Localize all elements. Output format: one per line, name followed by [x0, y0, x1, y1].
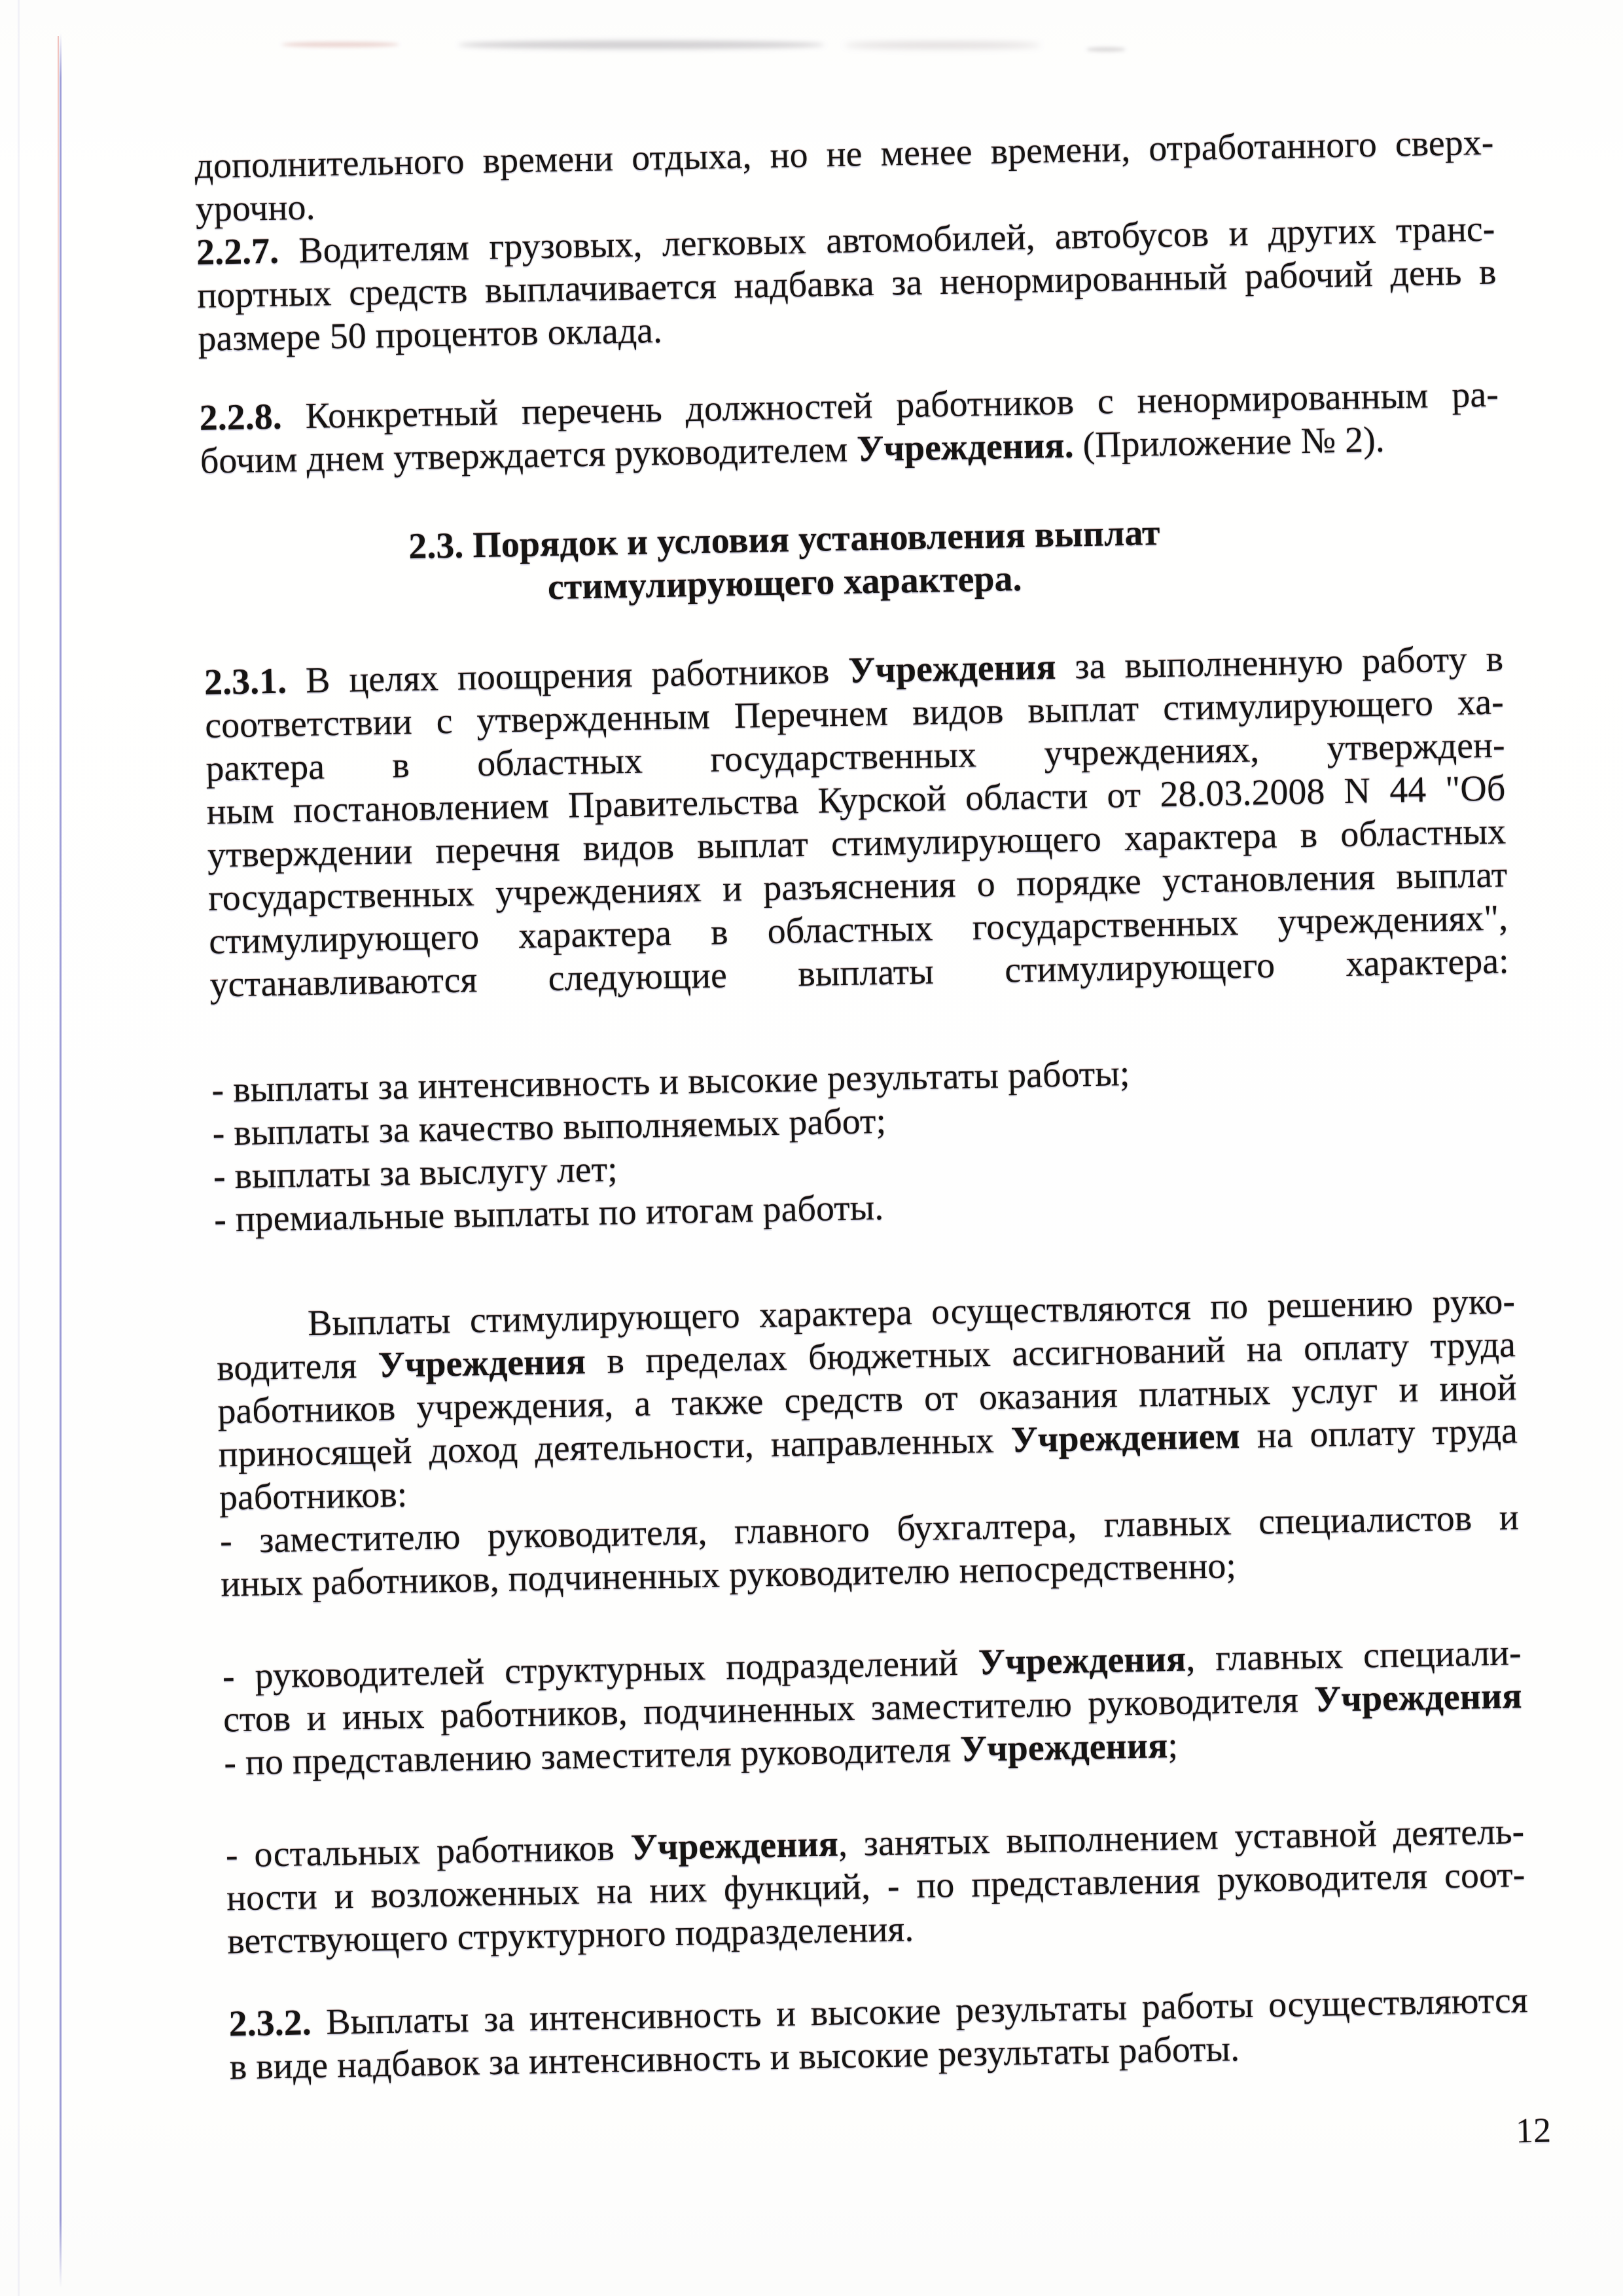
- paragraph: 2.3.2. Выплаты за интенсивность и высоки…: [228, 1979, 1529, 2089]
- scan-edge-fringe: [58, 36, 59, 625]
- text-line-content: работников:: [219, 1473, 408, 1519]
- text-segment: (Приложение № 2).: [1073, 420, 1385, 466]
- page-number: 12: [1515, 2110, 1551, 2151]
- bold-text-segment: Учреждения.: [857, 425, 1074, 469]
- text-block: дополнительного времени отдыха, но не ме…: [194, 121, 1529, 2089]
- paragraph: 2.2.8. Конкретный перечень должностей ра…: [199, 373, 1499, 483]
- scan-fold-shadow: [18, 0, 20, 2296]
- bold-text-segment: 2.3.2.: [228, 2002, 312, 2044]
- text-line-content: урочно.: [195, 186, 315, 231]
- paragraph: Выплаты стимулирующего характера осущест…: [215, 1280, 1520, 1605]
- text-line-content: - выплаты за выслугу лет;: [213, 1147, 618, 1198]
- text-line-content: стимулирующего характера.: [547, 557, 1022, 609]
- text-segment: на оплату труда: [1240, 1410, 1518, 1456]
- bold-text-segment: 2.2.8.: [199, 397, 282, 439]
- bold-text-segment: Учреждения: [378, 1341, 586, 1386]
- bold-text-segment: Учреждения: [630, 1823, 838, 1868]
- paragraph: - выплаты за интенсивность и высокие рез…: [211, 1045, 1514, 1241]
- text-segment: урочно.: [195, 187, 315, 230]
- paragraph: 2.3.1. В целях поощрения работников Учре…: [204, 637, 1508, 1006]
- paragraph: 2.3. Порядок и условия установления выпл…: [202, 505, 1502, 615]
- bold-text-segment: 2.3.1.: [204, 661, 287, 703]
- scan-smudge: [458, 41, 825, 49]
- document-page: дополнительного времени отдыха, но не ме…: [0, 0, 1623, 2296]
- scan-smudge: [281, 42, 399, 47]
- scan-smudge: [844, 42, 1041, 48]
- bold-text-segment: Учреждения: [959, 1725, 1168, 1770]
- bold-text-segment: Учреждения: [848, 647, 1056, 691]
- scan-edge-line: [60, 33, 62, 2288]
- paragraph: дополнительного времени отдыха, но не ме…: [194, 121, 1497, 361]
- bold-text-segment: Учреждения: [1314, 1676, 1522, 1720]
- bold-text-segment: Учреждения: [978, 1639, 1186, 1683]
- text-segment: - выплаты за выслугу лет;: [213, 1149, 618, 1196]
- text-segment: работников:: [219, 1474, 407, 1518]
- bold-text-segment: стимулирующего характера.: [547, 558, 1022, 607]
- text-segment: размере 50 процентов оклада.: [198, 310, 663, 359]
- text-segment: ;: [1168, 1725, 1179, 1766]
- text-segment: , главных специали-: [1186, 1632, 1522, 1679]
- bold-text-segment: Учреждением: [1010, 1416, 1240, 1460]
- scan-smudge: [1086, 47, 1126, 52]
- text-segment: - остальных работников: [225, 1827, 631, 1875]
- paragraph: - руководителей структурных подразделени…: [222, 1631, 1523, 1784]
- text-line-content: размере 50 процентов оклада.: [198, 309, 663, 361]
- text-segment: за выполненную работу в: [1056, 638, 1504, 687]
- bold-text-segment: 2.2.7.: [196, 231, 279, 273]
- paragraph: - остальных работников Учреждения, занят…: [225, 1810, 1526, 1963]
- text-segment: водителя: [217, 1345, 379, 1389]
